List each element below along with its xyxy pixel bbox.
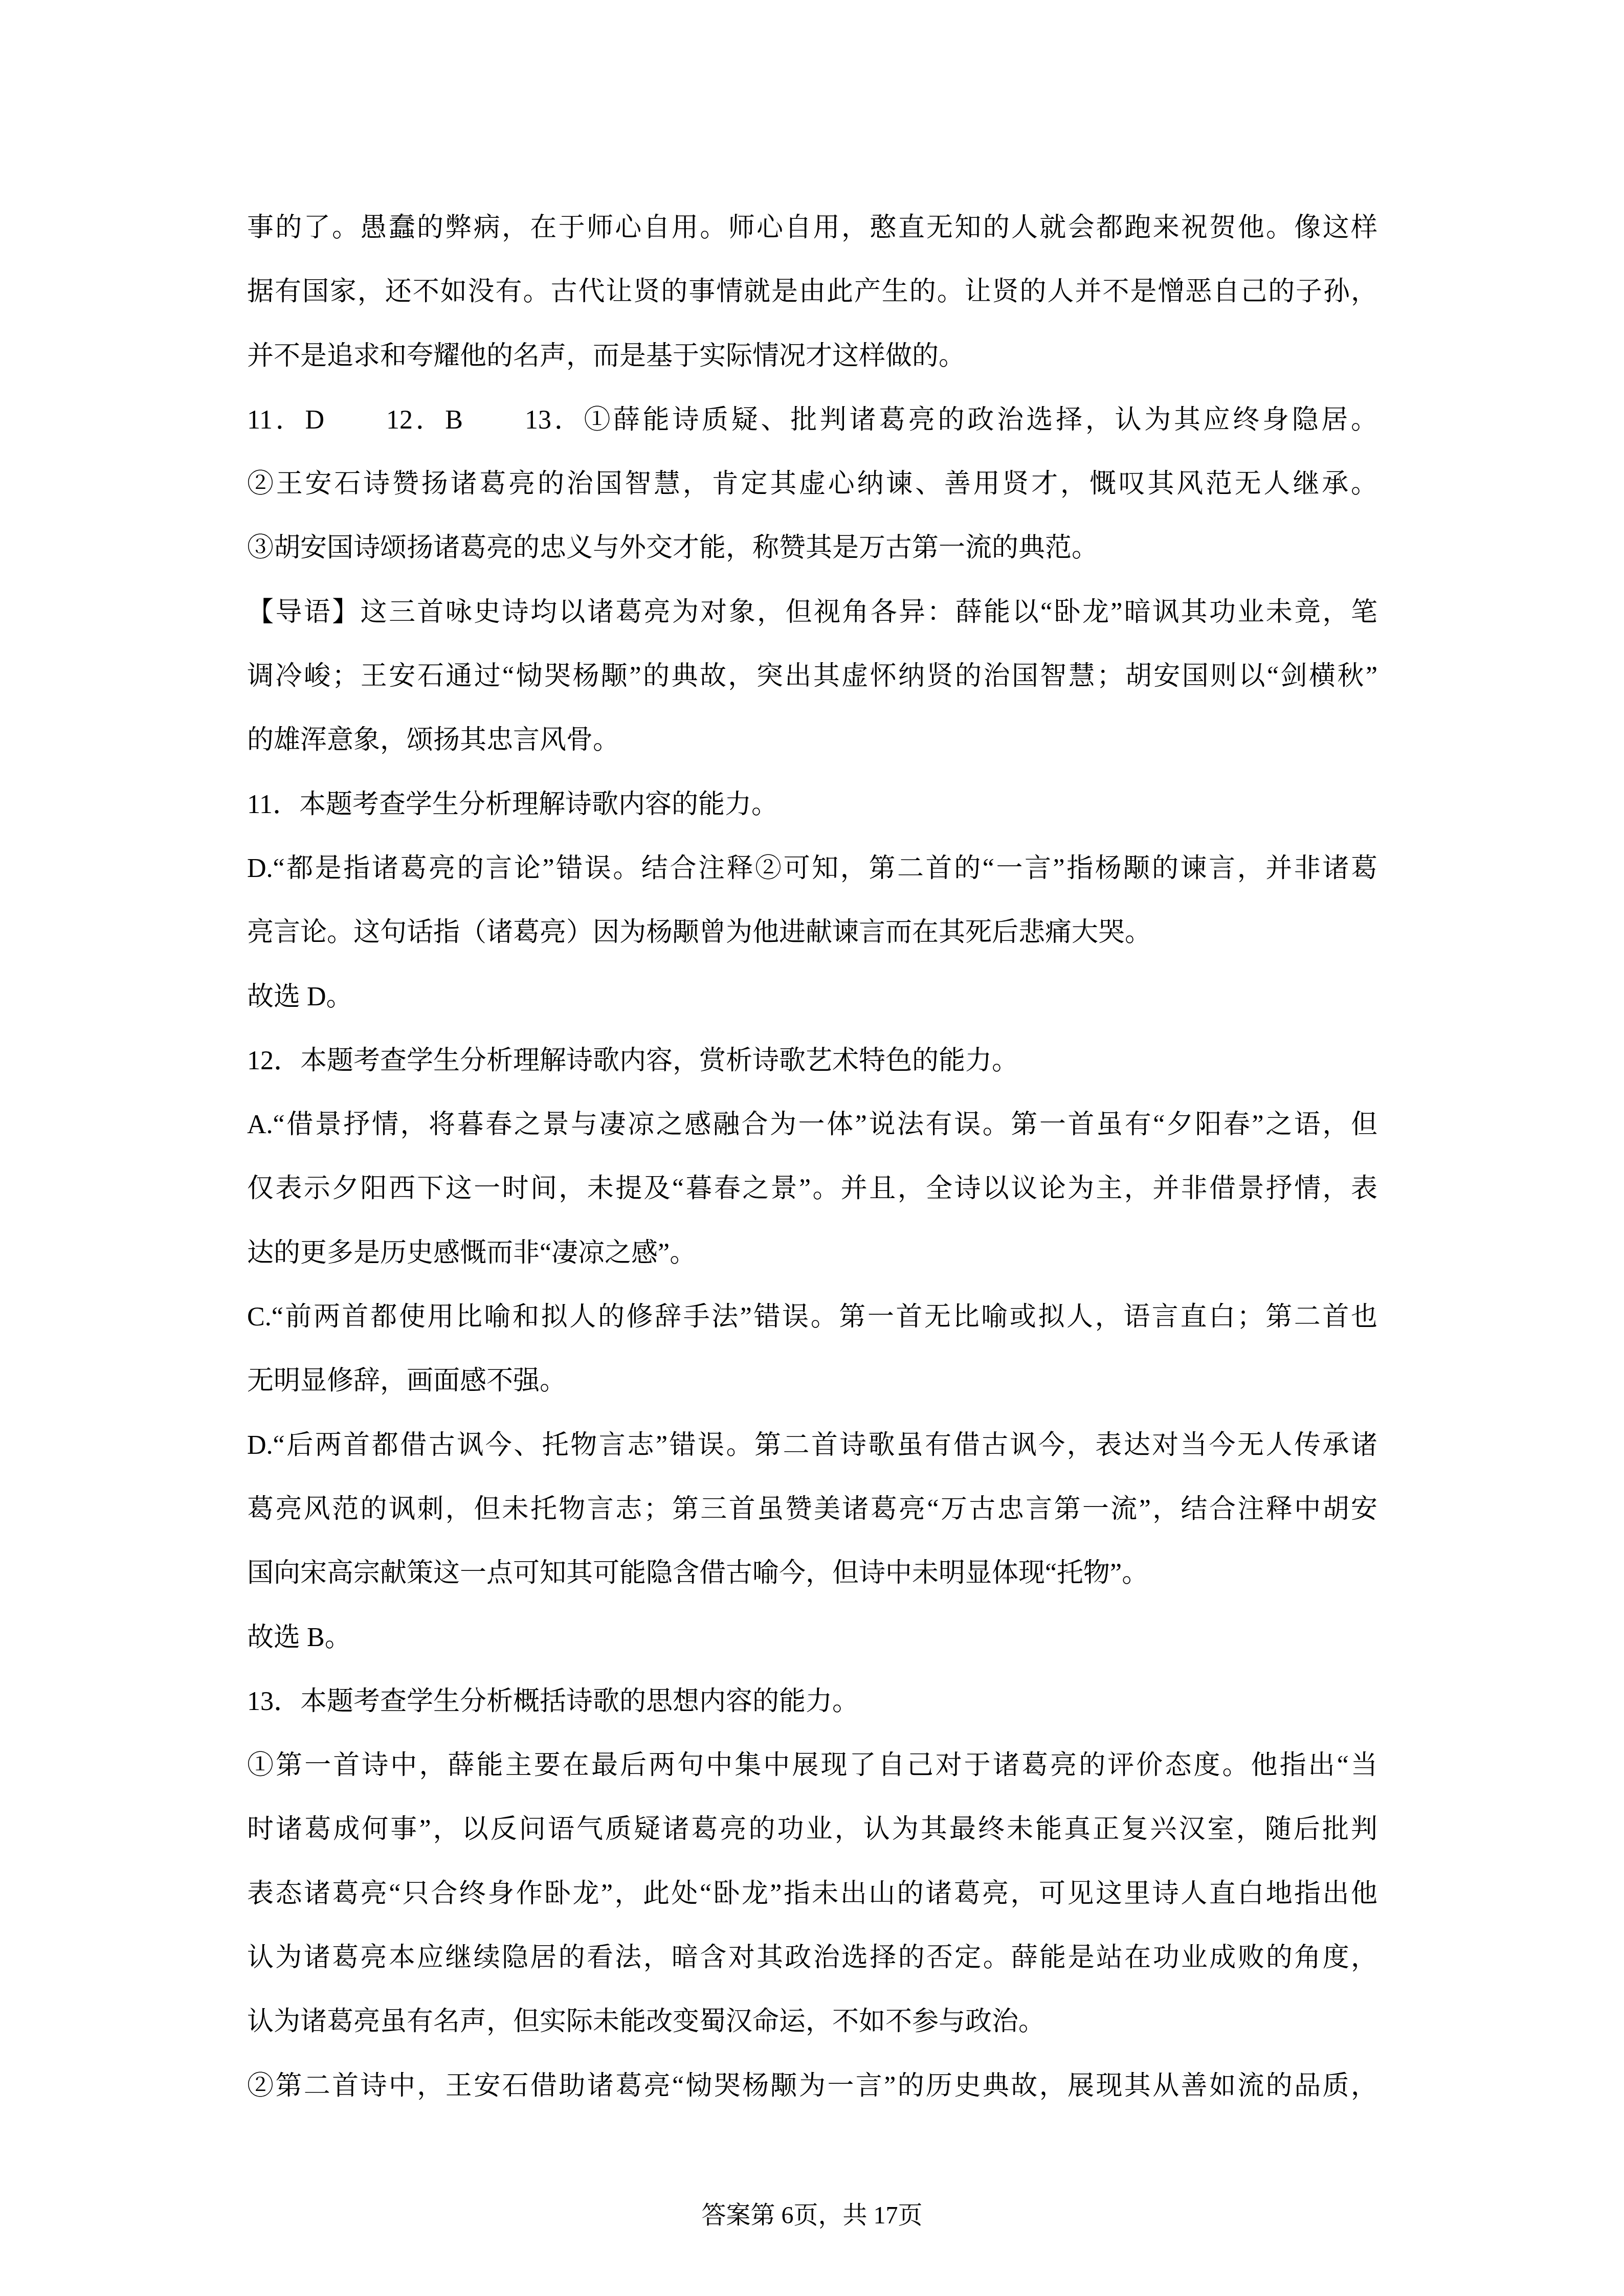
text-line: C.“前两首都使用比喻和拟人的修辞手法”错误。第一首无比喻或拟人，语言直白；第二… <box>247 1285 1377 1349</box>
answer-text-block: 事的了。愚蠢的弊病，在于师心自用。师心自用，憨直无知的人就会都跑来祝贺他。像这样… <box>247 196 1377 2118</box>
text-line: ①第一首诗中，薛能主要在最后两句中集中展现了自己对于诸葛亮的评价态度。他指出“当 <box>247 1734 1377 1797</box>
text-line: 达的更多是历史感慨而非“凄凉之感”。 <box>247 1221 1377 1285</box>
text-line answer-choice-line: 故选 D。 <box>247 965 1377 1029</box>
text-line: A.“借景抒情，将暮春之景与凄凉之感融合为一体”说法有误。第一首虽有“夕阳春”之… <box>247 1093 1377 1157</box>
text-line: 事的了。愚蠢的弊病，在于师心自用。师心自用，憨直无知的人就会都跑来祝贺他。像这样 <box>247 196 1377 260</box>
text-line: 认为诸葛亮虽有名声，但实际未能改变蜀汉命运，不如不参与政治。 <box>247 1990 1377 2054</box>
text-line: 调冷峻；王安石通过“恸哭杨颙”的典故，突出其虚怀纳贤的治国智慧；胡安国则以“剑横… <box>247 644 1377 708</box>
text-line: 的雄浑意象，颂扬其忠言风骨。 <box>247 708 1377 772</box>
text-line: ③胡安国诗颂扬诸葛亮的忠义与外交才能，称赞其是万古第一流的典范。 <box>247 516 1377 580</box>
text-line: 据有国家，还不如没有。古代让贤的事情就是由此产生的。让贤的人并不是憎恶自己的子孙… <box>247 260 1377 324</box>
text-line question-12-explanation: 12．本题考查学生分析理解诗歌内容，赏析诗歌艺术特色的能力。 <box>247 1029 1377 1093</box>
text-line: 仅表示夕阳西下这一时间，未提及“暮春之景”。并且，全诗以议论为主，并非借景抒情，… <box>247 1157 1377 1221</box>
page-footer: 答案第 6页，共 17页 <box>0 2198 1624 2234</box>
text-line: 葛亮风范的讽刺，但未托物言志；第三首虽赞美诸葛亮“万古忠言第一流”，结合注释中胡… <box>247 1477 1377 1541</box>
text-line: 无明显修辞，画面感不强。 <box>247 1349 1377 1413</box>
text-line: 国向宋高宗献策这一点可知其可能隐含借古喻今，但诗中未明显体现“托物”。 <box>247 1541 1377 1605</box>
document-page: 事的了。愚蠢的弊病，在于师心自用。师心自用，憨直无知的人就会都跑来祝贺他。像这样… <box>0 0 1624 2296</box>
text-line: 时诸葛成何事”，以反问语气质疑诸葛亮的功业，认为其最终未能真正复兴汉室，随后批判 <box>247 1797 1377 1861</box>
text-line question-13-explanation: 13．本题考查学生分析概括诗歌的思想内容的能力。 <box>247 1670 1377 1734</box>
text-line: 亮言论。这句话指（诸葛亮）因为杨颙曾为他进献谏言而在其死后悲痛大哭。 <box>247 901 1377 964</box>
text-line answer-choice-line: 故选 B。 <box>247 1606 1377 1670</box>
text-line: ②王安石诗赞扬诸葛亮的治国智慧，肯定其虚心纳谏、善用贤才，慨叹其风范无人继承。 <box>247 452 1377 516</box>
text-line: 并不是追求和夸耀他的名声，而是基于实际情况才这样做的。 <box>247 324 1377 388</box>
text-line question-11-explanation: 11．本题考查学生分析理解诗歌内容的能力。 <box>247 773 1377 837</box>
text-line: D.“后两首都借古讽今、托物言志”错误。第二首诗歌虽有借古讽今，表达对当今无人传… <box>247 1413 1377 1477</box>
text-line: ②第二首诗中，王安石借助诸葛亮“恸哭杨颙为一言”的历史典故，展现其从善如流的品质… <box>247 2054 1377 2118</box>
text-line: D.“都是指诸葛亮的言论”错误。结合注释②可知，第二首的“一言”指杨颙的谏言，并… <box>247 837 1377 901</box>
text-line answer-key-line: 11．D 12．B 13．①薛能诗质疑、批判诸葛亮的政治选择，认为其应终身隐居。 <box>247 388 1377 452</box>
text-line daoyu-line: 【导语】这三首咏史诗均以诸葛亮为对象，但视角各异：薛能以“卧龙”暗讽其功业未竟，… <box>247 580 1377 644</box>
text-line: 表态诸葛亮“只合终身作卧龙”，此处“卧龙”指未出山的诸葛亮，可见这里诗人直白地指… <box>247 1862 1377 1926</box>
text-line: 认为诸葛亮本应继续隐居的看法，暗含对其政治选择的否定。薛能是站在功业成败的角度， <box>247 1926 1377 1990</box>
